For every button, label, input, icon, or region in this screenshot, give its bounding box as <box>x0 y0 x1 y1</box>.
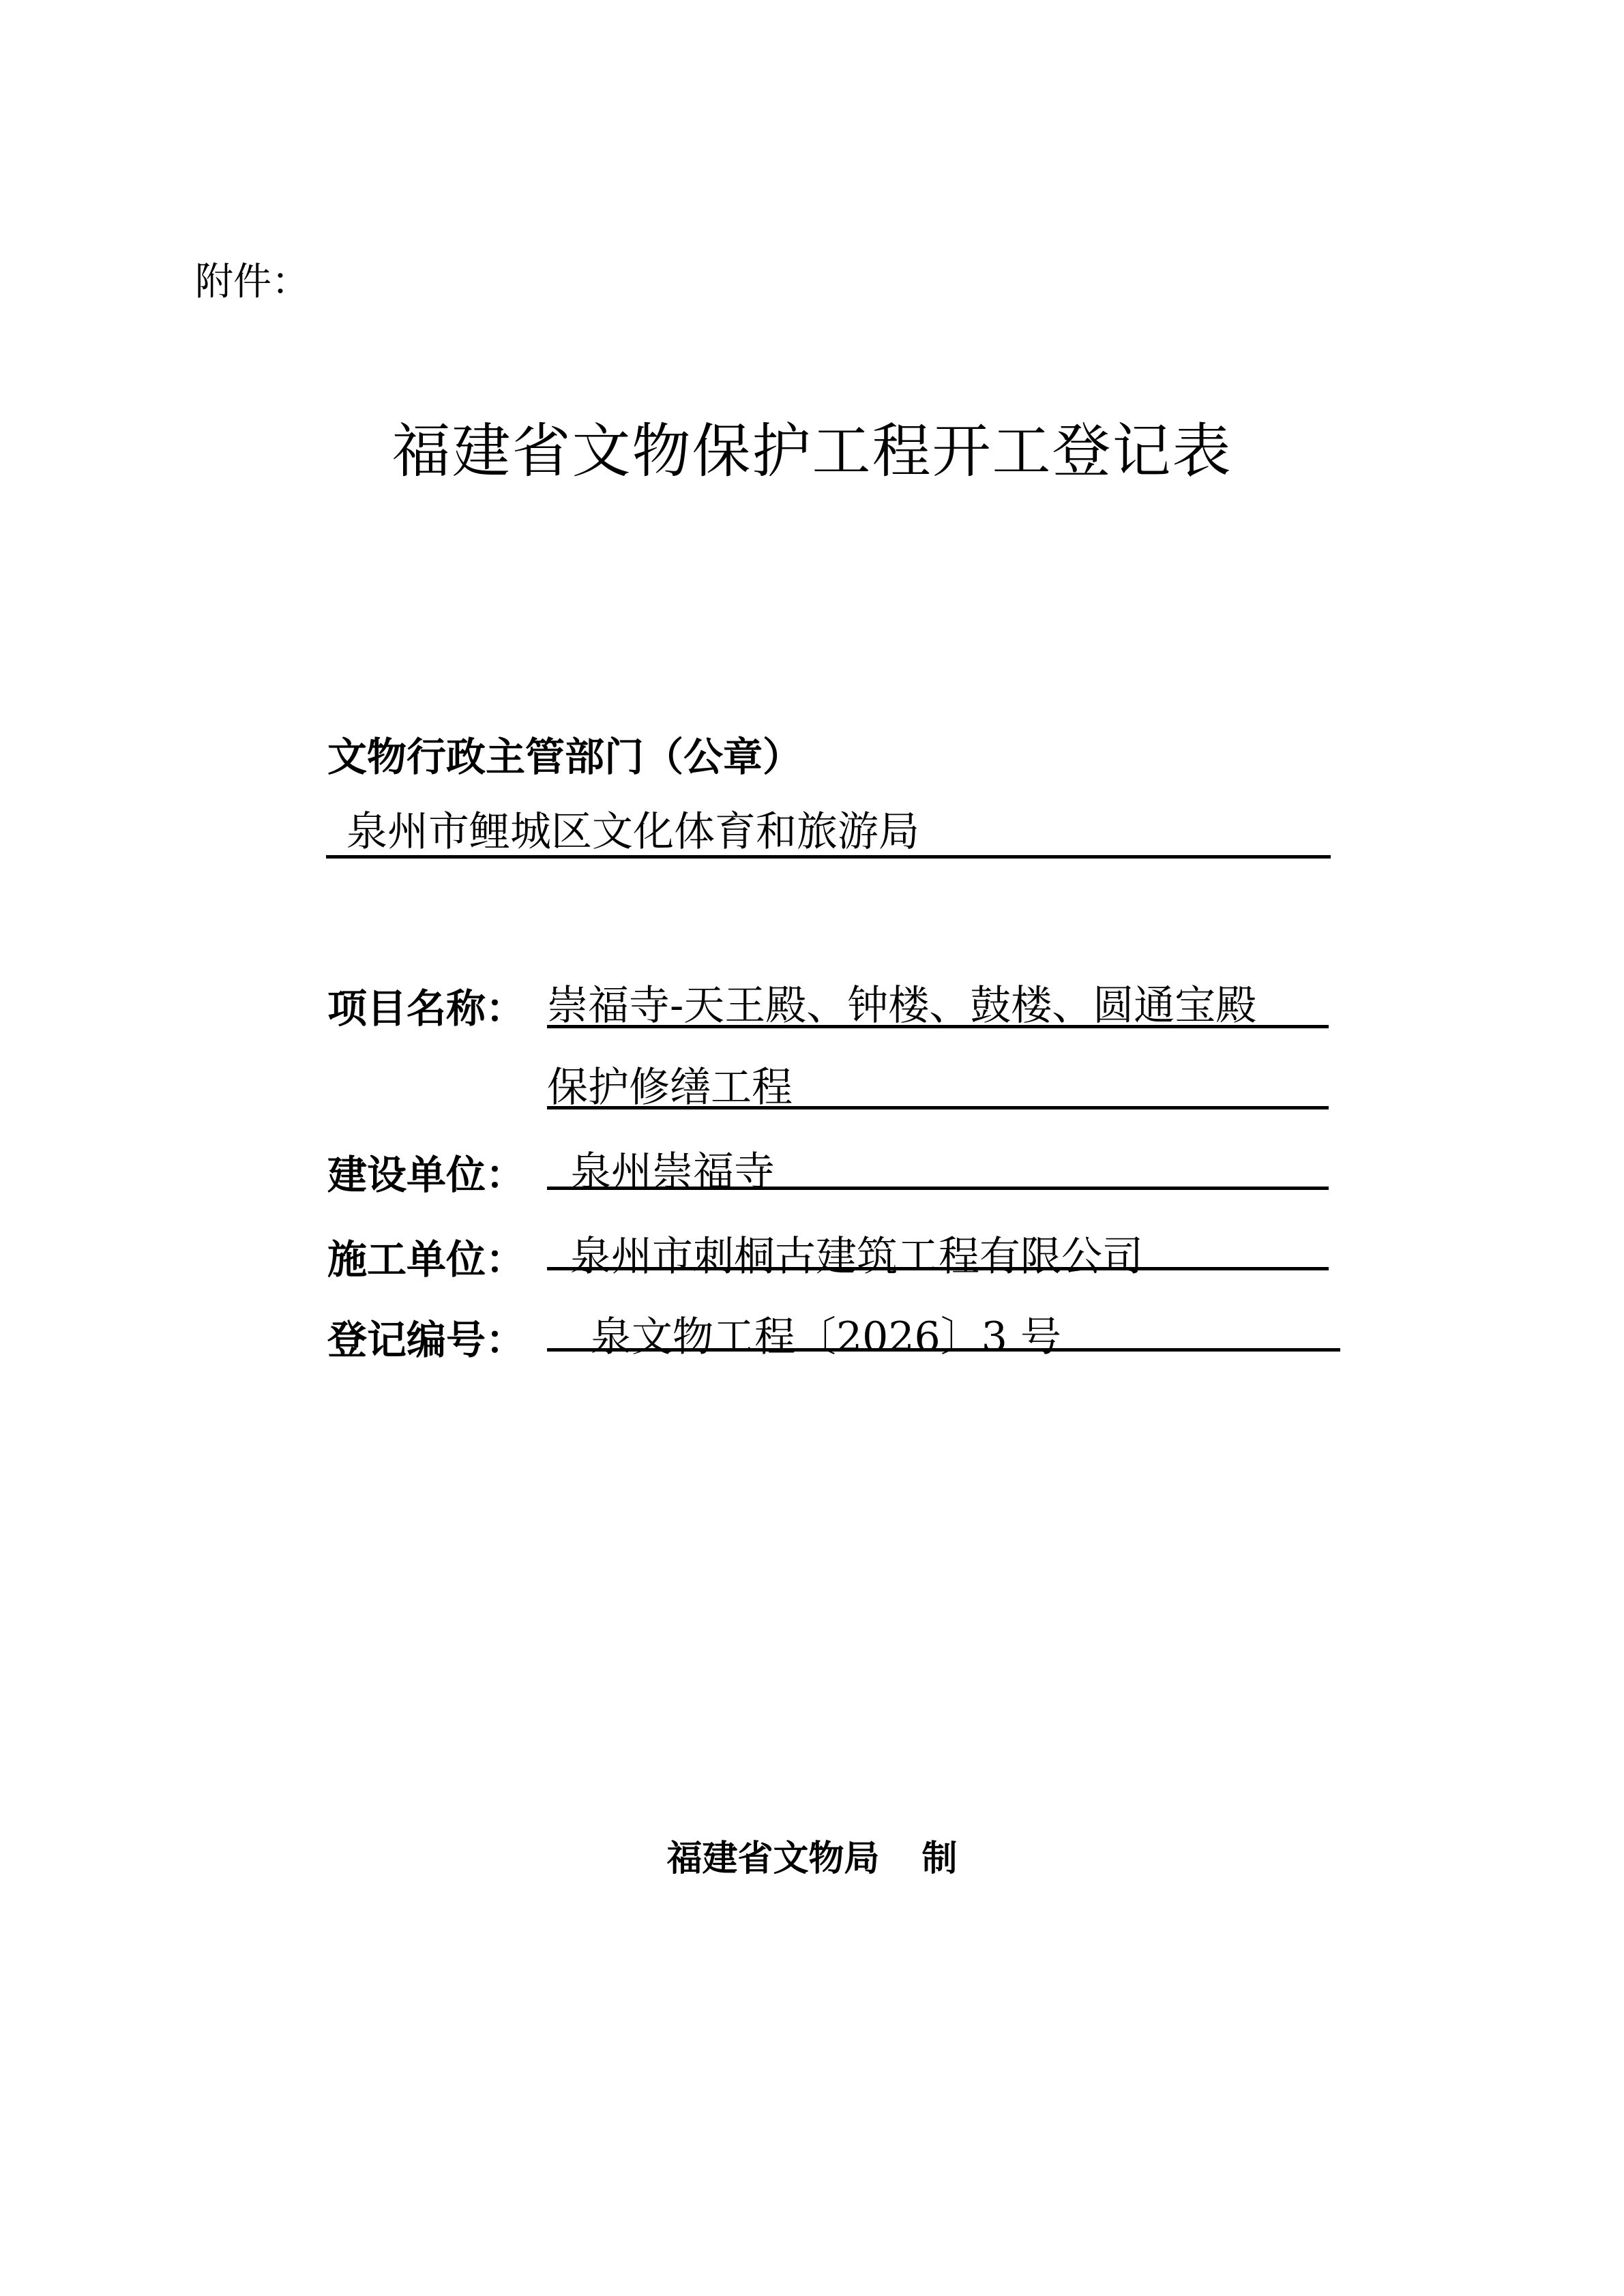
project-name-label: 项目名称： <box>327 985 525 1032</box>
admin-dept-underline <box>326 855 1331 859</box>
admin-dept-value: 泉州市鲤城区文化体育和旅游局 <box>346 808 919 856</box>
registration-number-label: 登记编号： <box>327 1316 525 1364</box>
project-name-underline-2 <box>547 1106 1329 1109</box>
page-title: 福建省文物保护工程开工登记表 <box>0 417 1624 486</box>
project-name-underline-1 <box>547 1025 1329 1028</box>
project-name-value-line2: 保护修缮工程 <box>547 1064 793 1112</box>
registration-number-value: 泉文物工程〔2026〕3 号 <box>591 1313 1061 1361</box>
contractor-value: 泉州市刺桐古建筑工程有限公司 <box>570 1233 1143 1281</box>
project-name-value-line1: 崇福寺-天王殿、钟楼、鼓楼、圆通宝殿 <box>547 982 1256 1030</box>
registration-number-underline <box>547 1348 1340 1352</box>
contractor-underline <box>547 1267 1329 1270</box>
attachment-label: 附件： <box>195 260 310 304</box>
issuer-name: 福建省文物局 <box>666 1838 879 1879</box>
construction-unit-underline <box>547 1187 1329 1190</box>
issuer-footer: 福建省文物局制 <box>0 1837 1624 1881</box>
issuer-suffix: 制 <box>922 1838 958 1879</box>
construction-unit-label: 建设单位： <box>327 1151 525 1199</box>
admin-dept-label: 文物行政主管部门（公章） <box>327 733 802 781</box>
contractor-label: 施工单位： <box>327 1236 525 1283</box>
